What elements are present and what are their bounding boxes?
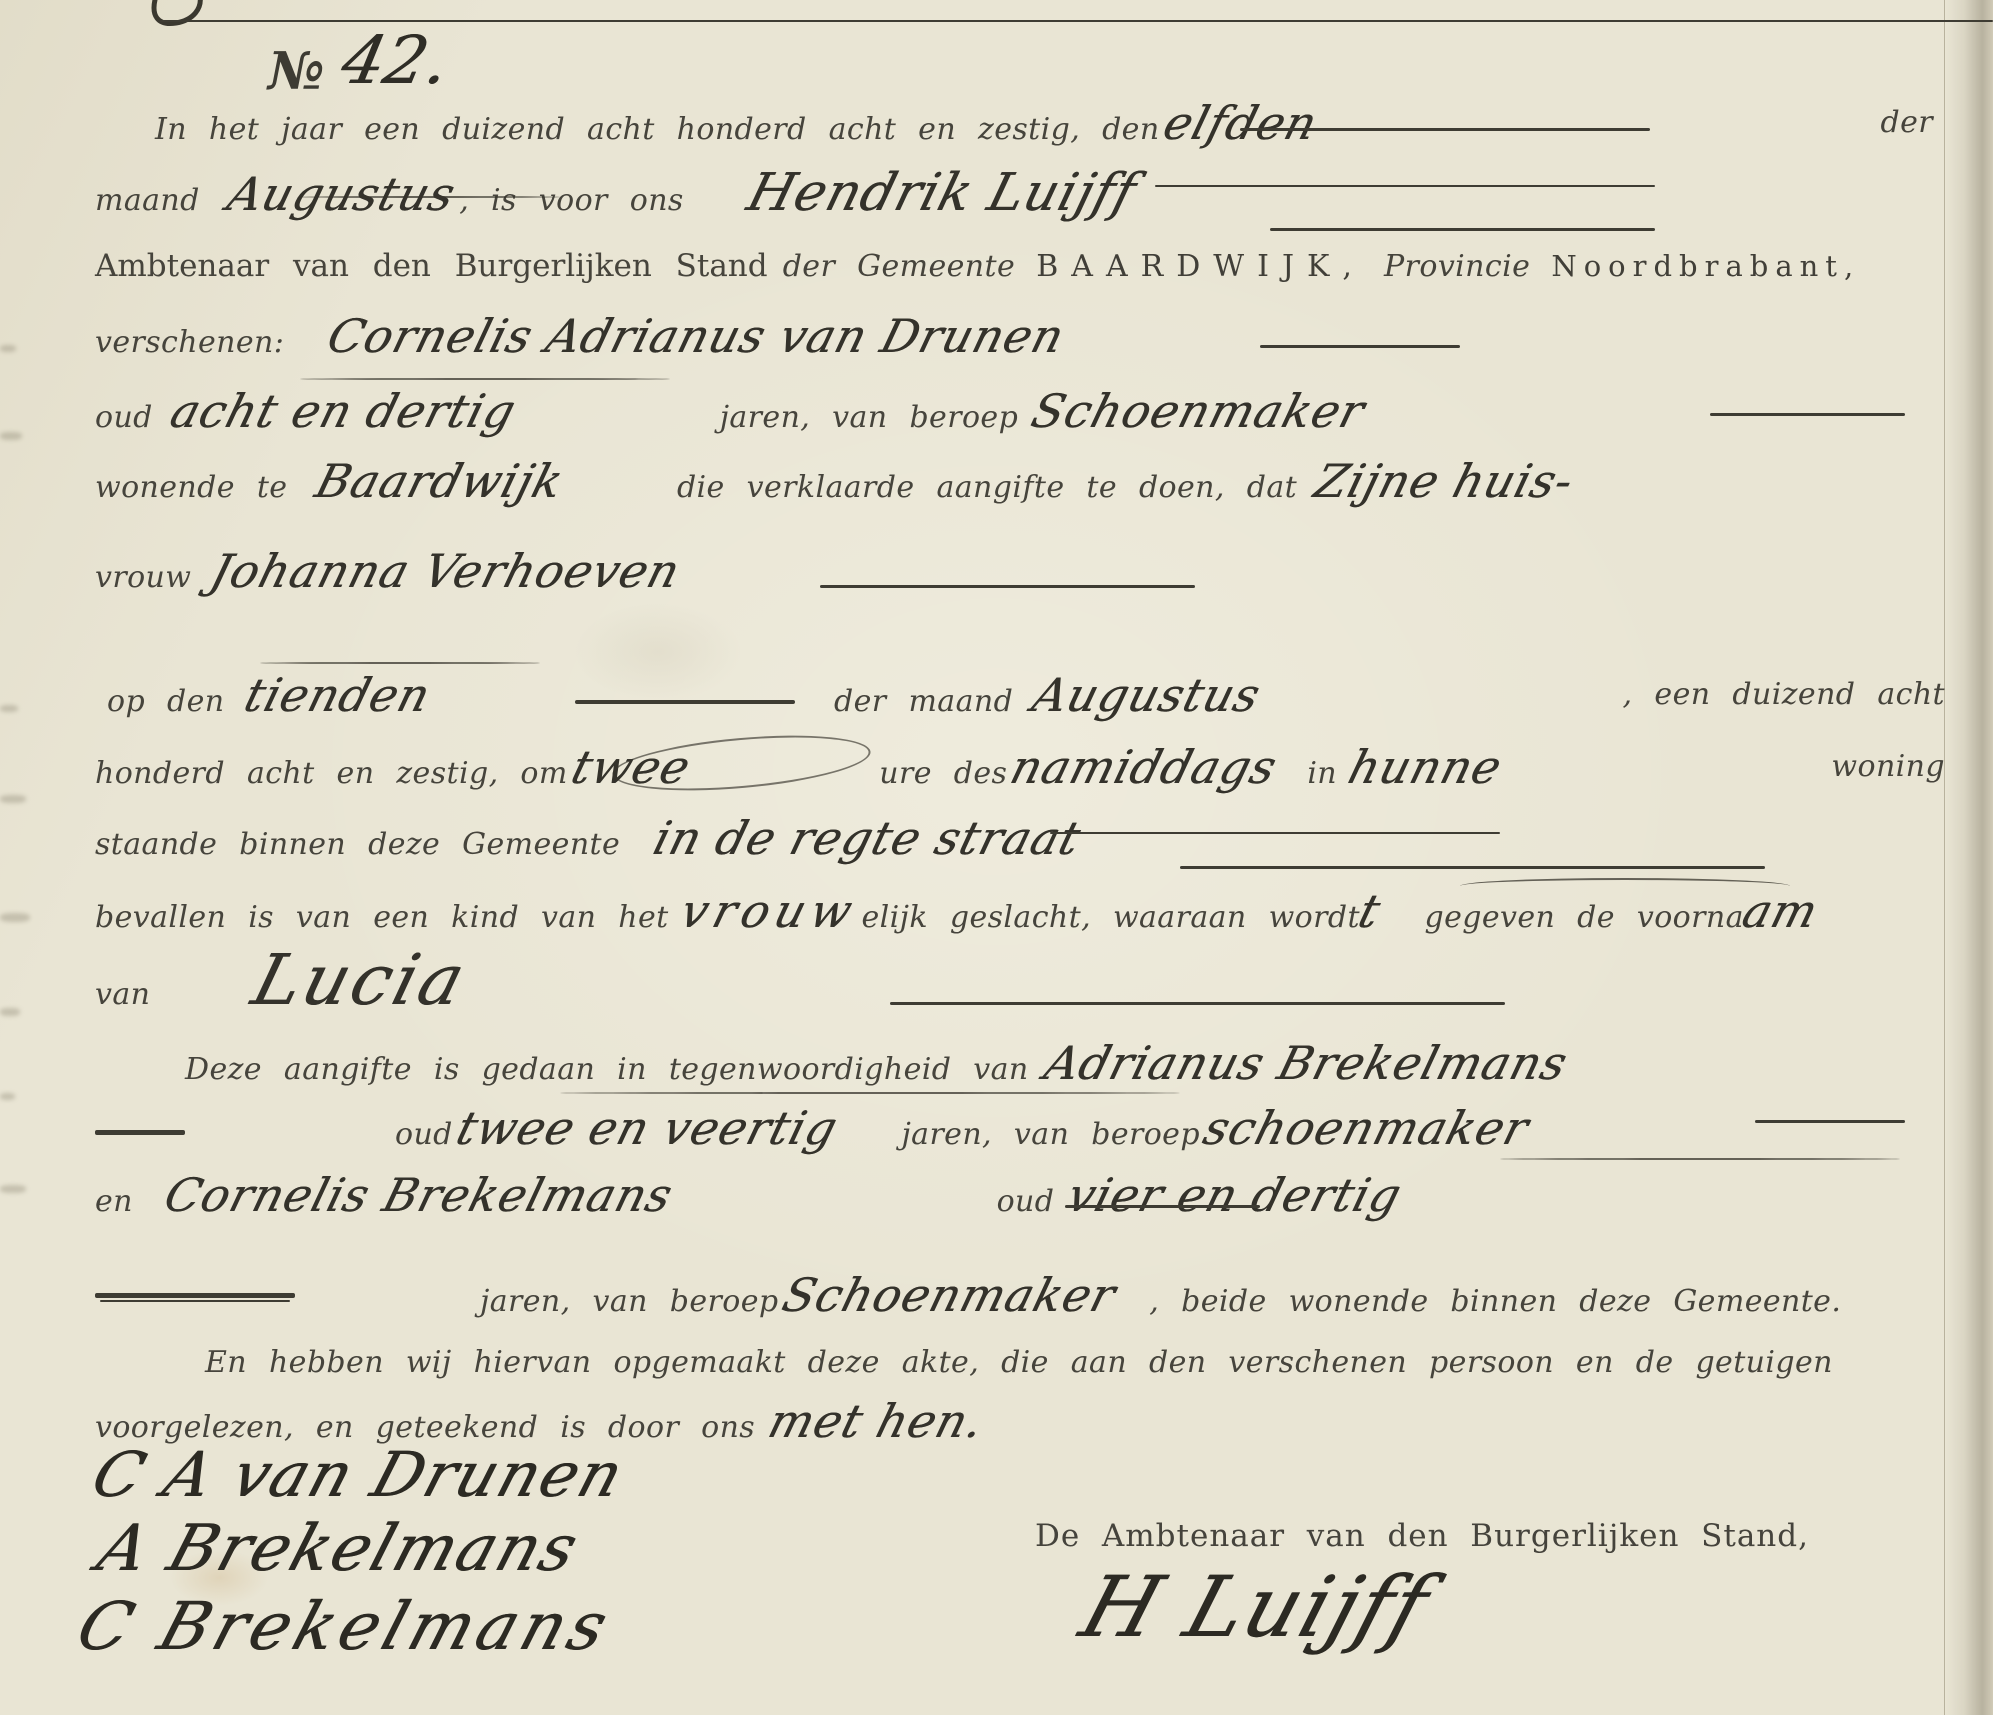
printed-text: En hebben wij hiervan opgemaakt deze akt… xyxy=(205,1345,1833,1380)
filler-rule xyxy=(890,1002,1505,1005)
handwritten-text: hunne xyxy=(1344,744,1507,790)
province-name: Noordbrabant, xyxy=(1551,249,1860,283)
printed-text: van xyxy=(95,977,150,1012)
pen-stroke xyxy=(300,378,670,380)
handwritten-address: in de regte straat xyxy=(649,815,1086,861)
handwritten-witness1-age: twee en veertig xyxy=(452,1105,843,1151)
printed-text: Provincie xyxy=(1384,249,1530,284)
bleedthrough-mark xyxy=(0,345,16,352)
handwritten-mother-name: Johanna Verhoeven xyxy=(206,548,685,594)
bleedthrough-mark xyxy=(0,705,18,712)
filler-rule xyxy=(1270,228,1655,231)
handwritten-witness2-name: Cornelis Brekelmans xyxy=(160,1172,678,1218)
printed-text: vrouw xyxy=(95,560,191,595)
handwritten-occupation: Schoenmaker xyxy=(1027,388,1370,434)
bleedthrough-mark xyxy=(0,913,30,922)
filler-rule xyxy=(95,1293,295,1298)
filler-rule xyxy=(1755,1120,1905,1123)
handwritten-text: Zijne huis- xyxy=(1310,458,1579,504)
registrar-signature: H Luijff xyxy=(1070,1558,1441,1656)
printed-text: op den xyxy=(107,684,224,719)
printed-text: honderd acht en zestig, om xyxy=(95,756,568,791)
birth-certificate-page: №42. In het jaar een duizend acht honder… xyxy=(0,0,1993,1715)
handwritten-registrar-name: Hendrik Luijff xyxy=(743,170,1141,216)
handwritten-child-name: Lucia xyxy=(246,945,475,1015)
handwritten-day: elfden xyxy=(1158,100,1322,146)
handwritten-declarant-name: Cornelis Adrianus van Drunen xyxy=(323,313,1070,359)
printed-text: oud xyxy=(95,400,153,435)
printed-text: jaren, van beroep xyxy=(720,400,1019,435)
handwritten-month: Augustus xyxy=(223,171,461,217)
handwritten-gender: vrouw xyxy=(676,888,863,934)
bleedthrough-mark xyxy=(0,795,26,803)
printed-text: der maand xyxy=(834,684,1013,719)
printed-text: der Gemeente xyxy=(783,249,1015,284)
printed-text: , is voor ons xyxy=(459,183,684,218)
printed-text: bevallen is van een kind van het xyxy=(95,900,669,935)
bleedthrough-mark xyxy=(0,1008,20,1016)
pen-stroke xyxy=(1460,878,1790,894)
pen-stroke xyxy=(1500,1158,1900,1160)
filler-rule xyxy=(100,1300,290,1302)
printed-text: Deze aangifte is gedaan in tegenwoordigh… xyxy=(185,1052,1029,1087)
act-number-label: № xyxy=(268,41,325,102)
top-flourish xyxy=(150,0,240,30)
filler-rule xyxy=(1050,832,1500,834)
printed-text: ure des xyxy=(879,756,1007,791)
printed-text: staande binnen deze Gemeente xyxy=(95,827,620,862)
filler-rule xyxy=(820,585,1195,588)
filler-rule xyxy=(1710,413,1905,416)
printed-text: In het jaar een duizend acht honderd ach… xyxy=(155,112,1160,147)
act-number-value: 42. xyxy=(334,22,455,99)
filler-rule xyxy=(1180,866,1765,869)
pen-stroke xyxy=(260,662,540,664)
handwritten-witness1-occupation: schoenmaker xyxy=(1199,1105,1534,1151)
handwritten-text: met hen. xyxy=(764,1398,989,1444)
witness2-signature: A Brekelmans xyxy=(89,1512,588,1586)
printed-text: woning xyxy=(1831,744,1945,790)
handwritten-text: am xyxy=(1738,888,1823,934)
witness3-signature: C Brekelmans xyxy=(68,1588,621,1665)
bleedthrough-mark xyxy=(0,1093,15,1100)
bleedthrough-mark xyxy=(0,1185,26,1193)
printed-text: , beide wonende binnen deze Gemeente. xyxy=(1149,1284,1841,1319)
bleedthrough-mark xyxy=(0,432,22,440)
printed-text: wonende te xyxy=(95,470,287,505)
handwritten-residence: Baardwijk xyxy=(310,458,568,504)
printed-text: jaren, van beroep xyxy=(901,1117,1200,1152)
printed-text: jaren, van beroep xyxy=(480,1284,779,1319)
act-number-heading: №42. xyxy=(268,22,448,102)
handwritten-birth-day: tienden xyxy=(239,672,435,718)
printed-text: elijk geslacht, waaraan wordt xyxy=(862,900,1360,935)
printed-text: die verklaarde aangifte te doen, dat xyxy=(677,470,1297,505)
handwritten-witness2-age: vier en dertig xyxy=(1063,1172,1407,1218)
filler-rule xyxy=(1155,185,1655,187)
filler-rule xyxy=(95,1130,185,1135)
witness1-signature: C A van Drunen xyxy=(84,1438,633,1511)
registrar-title: De Ambtenaar van den Burgerlijken Stand, xyxy=(1035,1518,1809,1554)
municipality-name: BAARDWIJK, xyxy=(1036,249,1365,284)
printed-text: gegeven de voorna xyxy=(1425,900,1744,935)
handwritten-birth-month: Augustus xyxy=(1028,672,1266,718)
printed-text: oud xyxy=(997,1184,1055,1219)
handwritten-witness2-occupation: Schoenmaker xyxy=(777,1272,1120,1318)
filler-rule xyxy=(1240,128,1650,131)
filler-rule xyxy=(575,700,795,704)
pen-stroke xyxy=(300,196,560,198)
printed-text: oud xyxy=(395,1117,453,1152)
printed-text: en xyxy=(95,1184,133,1219)
printed-text: in xyxy=(1307,756,1337,791)
handwritten-witness1-name: Adrianus Brekelmans xyxy=(1040,1040,1573,1086)
printed-text: der xyxy=(1881,100,1934,146)
printed-text: Ambtenaar van den Burgerlijken Stand xyxy=(95,248,768,284)
page-edge xyxy=(1944,0,1993,1715)
printed-text: maand xyxy=(95,183,200,218)
printed-text: verschenen: xyxy=(95,325,284,360)
printed-text: , een duizend acht xyxy=(1623,672,1945,718)
pen-stroke xyxy=(560,1092,1180,1094)
handwritten-daypart: namiddags xyxy=(1006,744,1282,790)
handwritten-age: acht en dertig xyxy=(166,388,521,434)
filler-rule xyxy=(1065,1205,1260,1208)
filler-rule xyxy=(1260,345,1460,348)
